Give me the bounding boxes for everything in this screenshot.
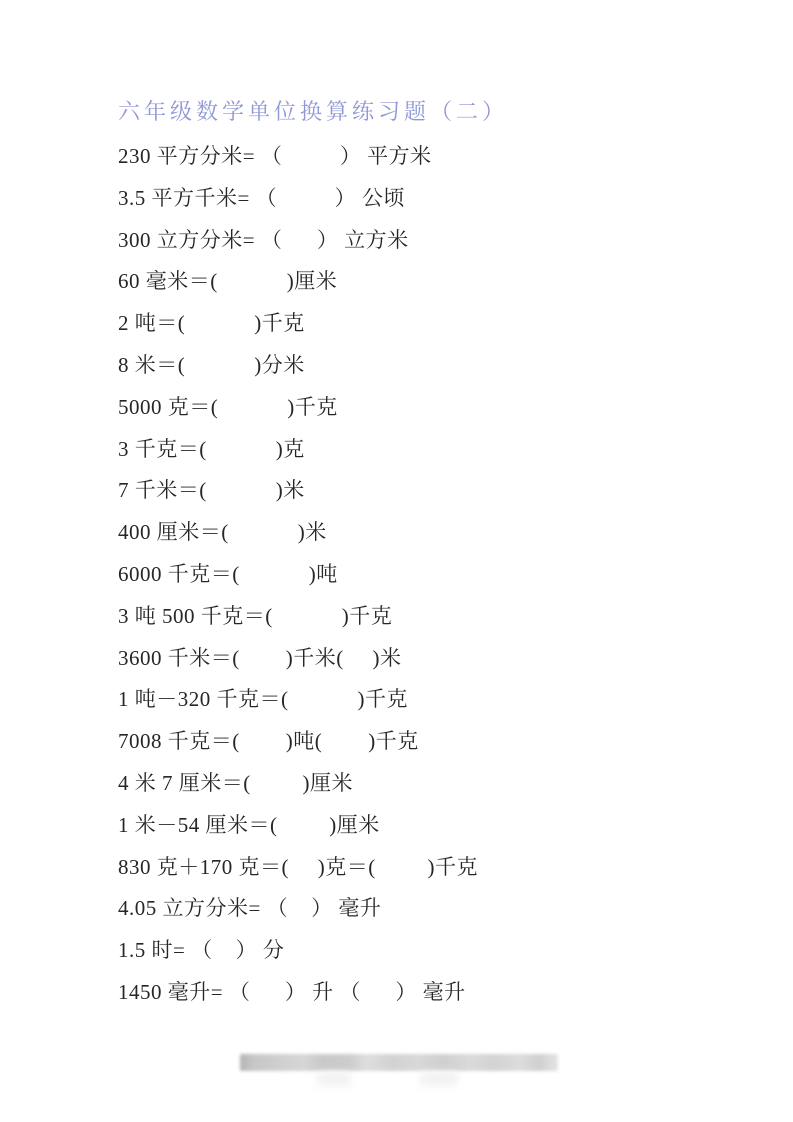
problem-line-20: 1.5 时= （ ） 分 [118,930,758,972]
problem-line-18: 830 克＋170 克＝( )克＝( )千克 [118,847,758,889]
problem-line-19: 4.05 立方分米= （ ） 毫升 [118,888,758,930]
problem-line-2: 3.5 平方千米= （ ） 公顷 [118,178,758,220]
problem-line-11: 6000 千克＝( )吨 [118,554,758,596]
problem-line-13: 3600 千米＝( )千米( )米 [118,638,758,680]
problem-line-8: 3 千克＝( )克 [118,429,758,471]
problem-line-3: 300 立方分米= （ ） 立方米 [118,220,758,262]
problem-line-1: 230 平方分米= （ ） 平方米 [118,136,758,178]
problem-list: 230 平方分米= （ ） 平方米 3.5 平方千米= （ ） 公顷 300 立… [118,136,758,1014]
problem-line-7: 5000 克＝( )千克 [118,387,758,429]
problem-line-4: 60 毫米＝( )厘米 [118,261,758,303]
problem-line-17: 1 米－54 厘米＝( )厘米 [118,805,758,847]
problem-line-6: 8 米＝( )分米 [118,345,758,387]
problem-line-14: 1 吨－320 千克＝( )千克 [118,679,758,721]
worksheet-page: 六年级数学单位换算练习题（二） 230 平方分米= （ ） 平方米 3.5 平方… [0,0,793,1122]
problem-line-21: 1450 毫升= （ ） 升 （ ） 毫升 [118,972,758,1014]
watermark-redacted-bar [240,1054,558,1071]
problem-line-15: 7008 千克＝( )吨( )千克 [118,721,758,763]
problem-line-16: 4 米 7 厘米＝( )厘米 [118,763,758,805]
problem-line-10: 400 厘米＝( )米 [118,512,758,554]
watermark-smudge [420,1072,458,1086]
worksheet-title: 六年级数学单位换算练习题（二） [118,98,508,126]
problem-line-9: 7 千米＝( )米 [118,470,758,512]
problem-line-12: 3 吨 500 千克＝( )千克 [118,596,758,638]
problem-line-5: 2 吨＝( )千克 [118,303,758,345]
watermark-smudge [317,1072,351,1086]
